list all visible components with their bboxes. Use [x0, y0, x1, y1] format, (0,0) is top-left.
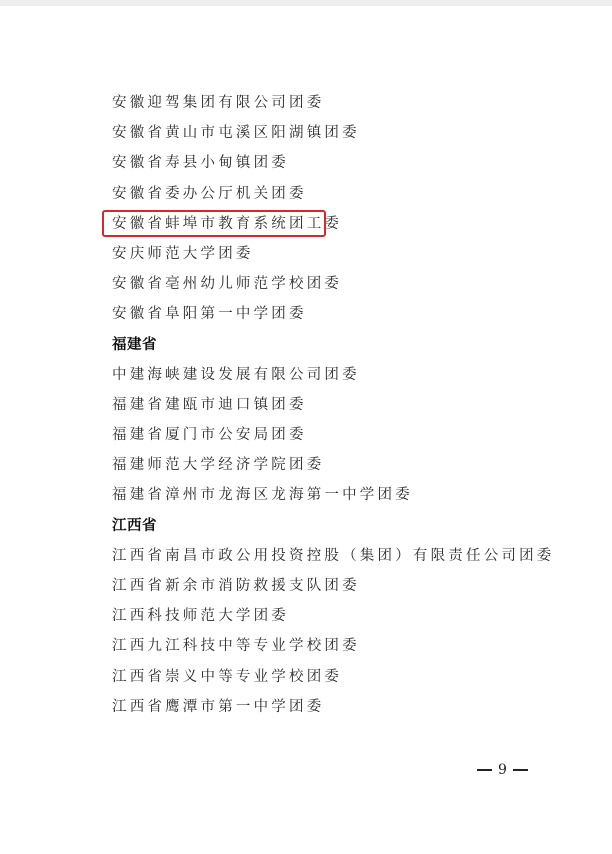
list-item: 安徽迎驾集团有限公司团委: [112, 88, 555, 118]
dash-right: [513, 769, 528, 771]
list-item: 安徽省寿县小甸镇团委: [112, 148, 555, 178]
section-heading-fujian: 福建省: [112, 330, 555, 360]
list-item: 福建省建瓯市迪口镇团委: [112, 390, 555, 420]
list-item: 安徽省委办公厅机关团委: [112, 179, 555, 209]
section-heading-jiangxi: 江西省: [112, 511, 555, 541]
page-number: 9: [477, 762, 528, 778]
list-item: 福建省漳州市龙海区龙海第一中学团委: [112, 480, 555, 510]
list-item-highlighted: 安徽省蚌埠市教育系统团工委: [112, 209, 555, 239]
red-highlight-box: [102, 210, 326, 237]
list-item: 江西科技师范大学团委: [112, 601, 555, 631]
page-number-text: 9: [498, 762, 507, 778]
list-item: 安徽省黄山市屯溪区阳湖镇团委: [112, 118, 555, 148]
list-item: 安庆师范大学团委: [112, 239, 555, 269]
list-item: 中建海峡建设发展有限公司团委: [112, 360, 555, 390]
list-item: 江西省鹰潭市第一中学团委: [112, 692, 555, 722]
page-top-edge: [0, 0, 612, 6]
list-item: 安徽省阜阳第一中学团委: [112, 299, 555, 329]
list-item: 安徽省亳州幼儿师范学校团委: [112, 269, 555, 299]
organization-list: 安徽迎驾集团有限公司团委 安徽省黄山市屯溪区阳湖镇团委 安徽省寿县小甸镇团委 安…: [112, 88, 555, 722]
dash-left: [477, 769, 492, 771]
list-item: 江西省新余市消防救援支队团委: [112, 571, 555, 601]
list-item: 江西省崇义中等专业学校团委: [112, 662, 555, 692]
list-item: 福建师范大学经济学院团委: [112, 450, 555, 480]
list-item: 江西省南昌市政公用投资控股（集团）有限责任公司团委: [112, 541, 555, 571]
list-item: 江西九江科技中等专业学校团委: [112, 631, 555, 661]
list-item: 福建省厦门市公安局团委: [112, 420, 555, 450]
